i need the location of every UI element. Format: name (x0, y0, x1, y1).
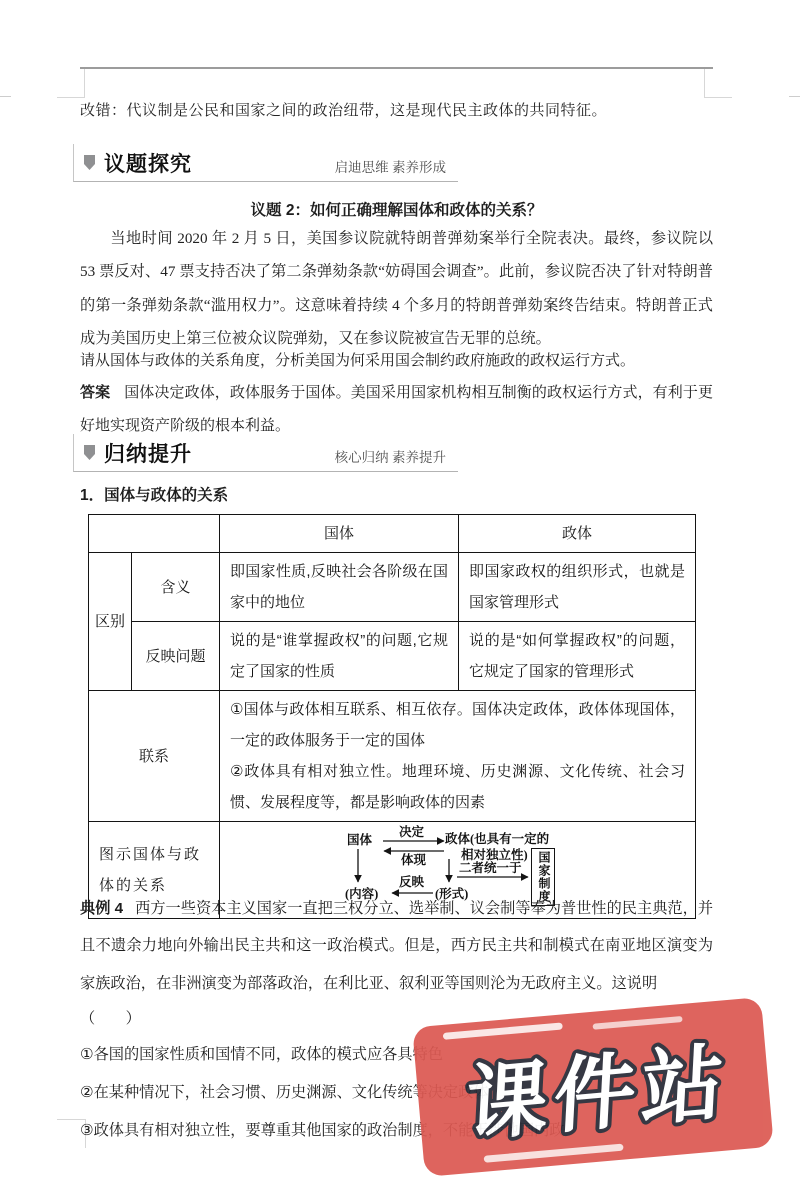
answer-label: 答案 (80, 384, 110, 401)
answer-text: 国体决定政体，政体服务于国体。美国采用国家机构相互制衡的政权运行方式，有利于更好… (80, 384, 713, 434)
example-paragraph: 典例 4西方一些资本主义国家一直把三权分立、选举制、议会制等奉为普世性的民主典范… (80, 890, 713, 1002)
connection-point-1: ①国体与政体相互联系、相互依存。国体决定政体，政体体现国体，一定的政体服务于一定… (230, 694, 685, 756)
example-label: 典例 4 (80, 900, 123, 917)
question-line: 请从国体与政体的关系角度，分析美国为何采用国会制约政府施政的政权运行方式。 (80, 344, 713, 377)
topic-heading: 议题 2：如何正确理解国体和政体的关系？ (80, 198, 713, 220)
row-header-issue: 反映问题 (132, 622, 220, 691)
section-title: 议题探究 (104, 148, 192, 178)
cell-meaning-guoti: 即国家性质,反映社会各阶级在国家中的地位 (220, 553, 459, 622)
section-title: 归纳提升 (104, 438, 192, 468)
shield-bullet-icon (84, 445, 95, 460)
comparison-table: 国体 政体 区别 含义 即国家性质,反映社会各阶级在国家中的地位 即国家政权的组… (88, 514, 696, 919)
watermark-stamp: 课件站 (412, 997, 774, 1177)
diagram-reflect-label: 反映 (399, 875, 424, 890)
margin-corner-mark (704, 97, 732, 98)
table-row: 联系 ①国体与政体相互联系、相互依存。国体决定政体，政体体现国体，一定的政体服务… (89, 691, 696, 822)
connection-point-2: ②政体具有相对独立性。地理环境、历史渊源、文化传统、社会习惯、发展程度等，都是影… (230, 756, 685, 818)
table-row: 反映问题 说的是“谁掌握政权”的问题,它规定了国家的性质 说的是“如何掌握政权”… (89, 622, 696, 691)
correction-line: 改错：代议制是公民和国家之间的政治纽带，这是现代民主政体的共同特征。 (80, 99, 713, 120)
list-heading: 1．国体与政体的关系 (80, 483, 228, 505)
diagram-embody-label: 体现 (401, 853, 426, 868)
section-banner-summary: 归纳提升 核心归纳 素养提升 (73, 434, 458, 472)
diagram-decide-label: 决定 (399, 825, 424, 840)
answer-paragraph: 答案国体决定政体，政体服务于国体。美国采用国家机构相互制衡的政权运行方式，有利于… (80, 376, 713, 443)
cell-meaning-zhengti: 即国家政权的组织形式，也就是国家管理形式 (459, 553, 696, 622)
row-header-connection: 联系 (89, 691, 220, 822)
cell-connection: ①国体与政体相互联系、相互依存。国体决定政体，政体体现国体，一定的政体服务于一定… (220, 691, 696, 822)
page-edge-tick (789, 96, 800, 97)
row-header-meaning: 含义 (132, 553, 220, 622)
section-subtitle: 核心归纳 素养提升 (335, 446, 446, 471)
shield-bullet-icon (84, 155, 95, 170)
row-header-distinction: 区别 (89, 553, 132, 691)
table-row: 国体 政体 (89, 515, 696, 553)
section-banner-topic-exploration: 议题探究 启迪思维 素养形成 (73, 144, 458, 182)
margin-corner-mark (57, 97, 85, 98)
margin-corner-mark (84, 69, 85, 98)
section-subtitle: 启迪思维 素养形成 (335, 156, 446, 181)
scenario-paragraph: 当地时间 2020 年 2 月 5 日，美国参议院就特朗普弹劾案举行全院表决。最… (80, 222, 713, 356)
diagram-unify-label: 二者统一于 (459, 861, 522, 876)
watermark-text: 课件站 (464, 1036, 732, 1151)
table-row: 区别 含义 即国家性质,反映社会各阶级在国家中的地位 即国家政权的组织形式，也就… (89, 553, 696, 622)
table-corner-cell (89, 515, 220, 553)
col-header-guoti: 国体 (220, 515, 459, 553)
diagram-guoti-label: 国体 (347, 833, 372, 848)
col-header-zhengti: 政体 (459, 515, 696, 553)
diagram-zhengti-label: 政体(也具有一定的 (445, 832, 549, 847)
page-edge-tick (0, 96, 11, 97)
example-text: 西方一些资本主义国家一直把三权分立、选举制、议会制等奉为普世性的民主典范，并且不… (80, 900, 713, 992)
cell-issue-zhengti: 说的是“如何掌握政权”的问题，它规定了国家的管理形式 (459, 622, 696, 691)
page-top-rule (80, 67, 713, 69)
margin-corner-mark (704, 69, 705, 98)
cell-issue-guoti: 说的是“谁掌握政权”的问题,它规定了国家的性质 (220, 622, 459, 691)
